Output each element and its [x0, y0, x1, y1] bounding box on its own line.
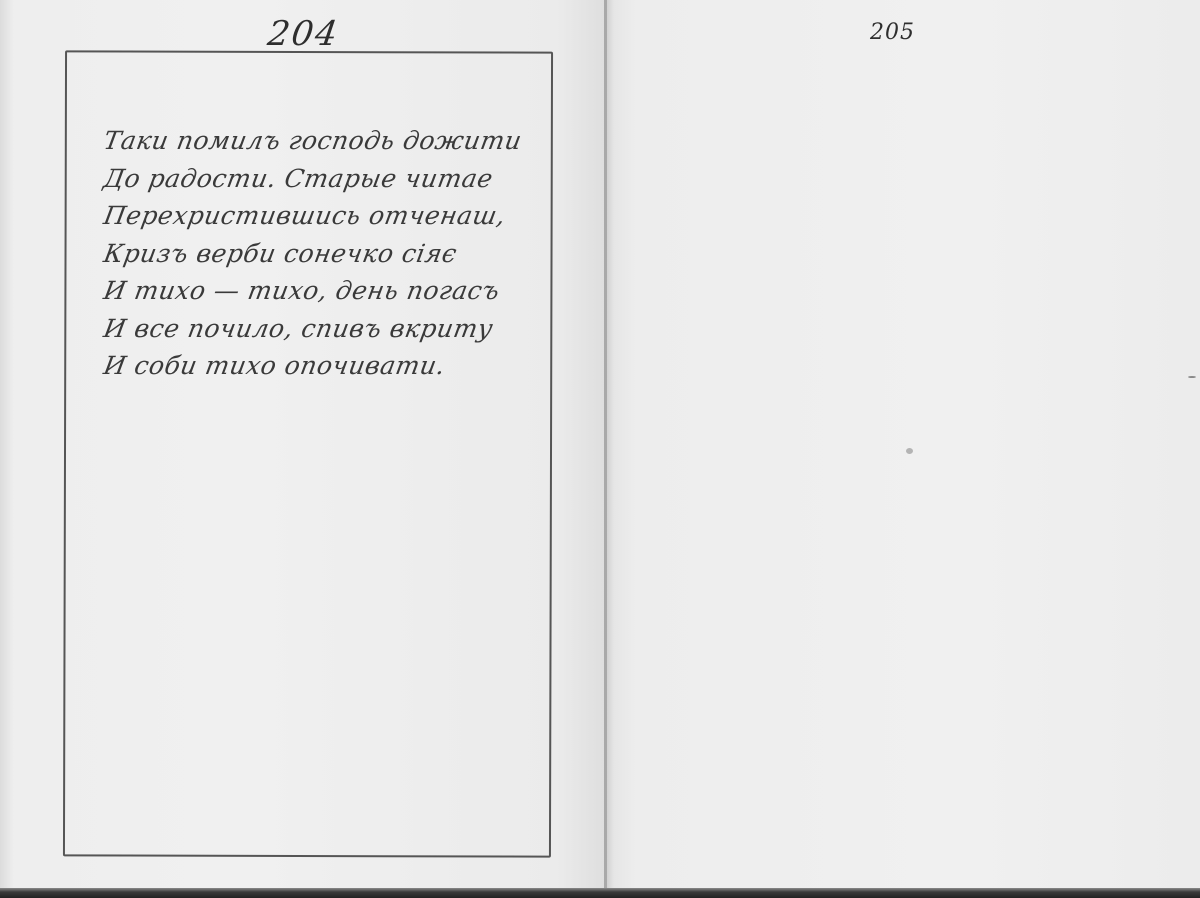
text-line: И все почило, спивъ вкриту	[101, 310, 568, 348]
text-line: Таки помилъ господь дожити	[101, 122, 568, 160]
text-line: До радости. Старые читае	[101, 160, 568, 198]
text-line: И соби тихо опочивати.	[101, 347, 568, 385]
paper-speck	[1188, 376, 1196, 378]
page-bottom-edge	[0, 888, 1200, 898]
book-gutter	[604, 0, 607, 890]
left-page-number: 204	[265, 14, 342, 54]
text-line: Кризъ верби сонечко сіяє	[101, 235, 568, 273]
handwritten-text: Таки помилъ господь дожити До радости. С…	[104, 122, 564, 385]
paper-speck	[906, 448, 913, 454]
right-page: 205	[606, 0, 1200, 890]
text-line: И тихо — тихо, день погасъ	[101, 272, 568, 310]
text-line: Перехристившись отченаш,	[101, 197, 568, 235]
left-page: 204 Таки помилъ господь дожити До радост…	[0, 0, 606, 890]
notebook-spread: 204 Таки помилъ господь дожити До радост…	[0, 0, 1200, 898]
right-page-number: 205	[870, 20, 915, 45]
